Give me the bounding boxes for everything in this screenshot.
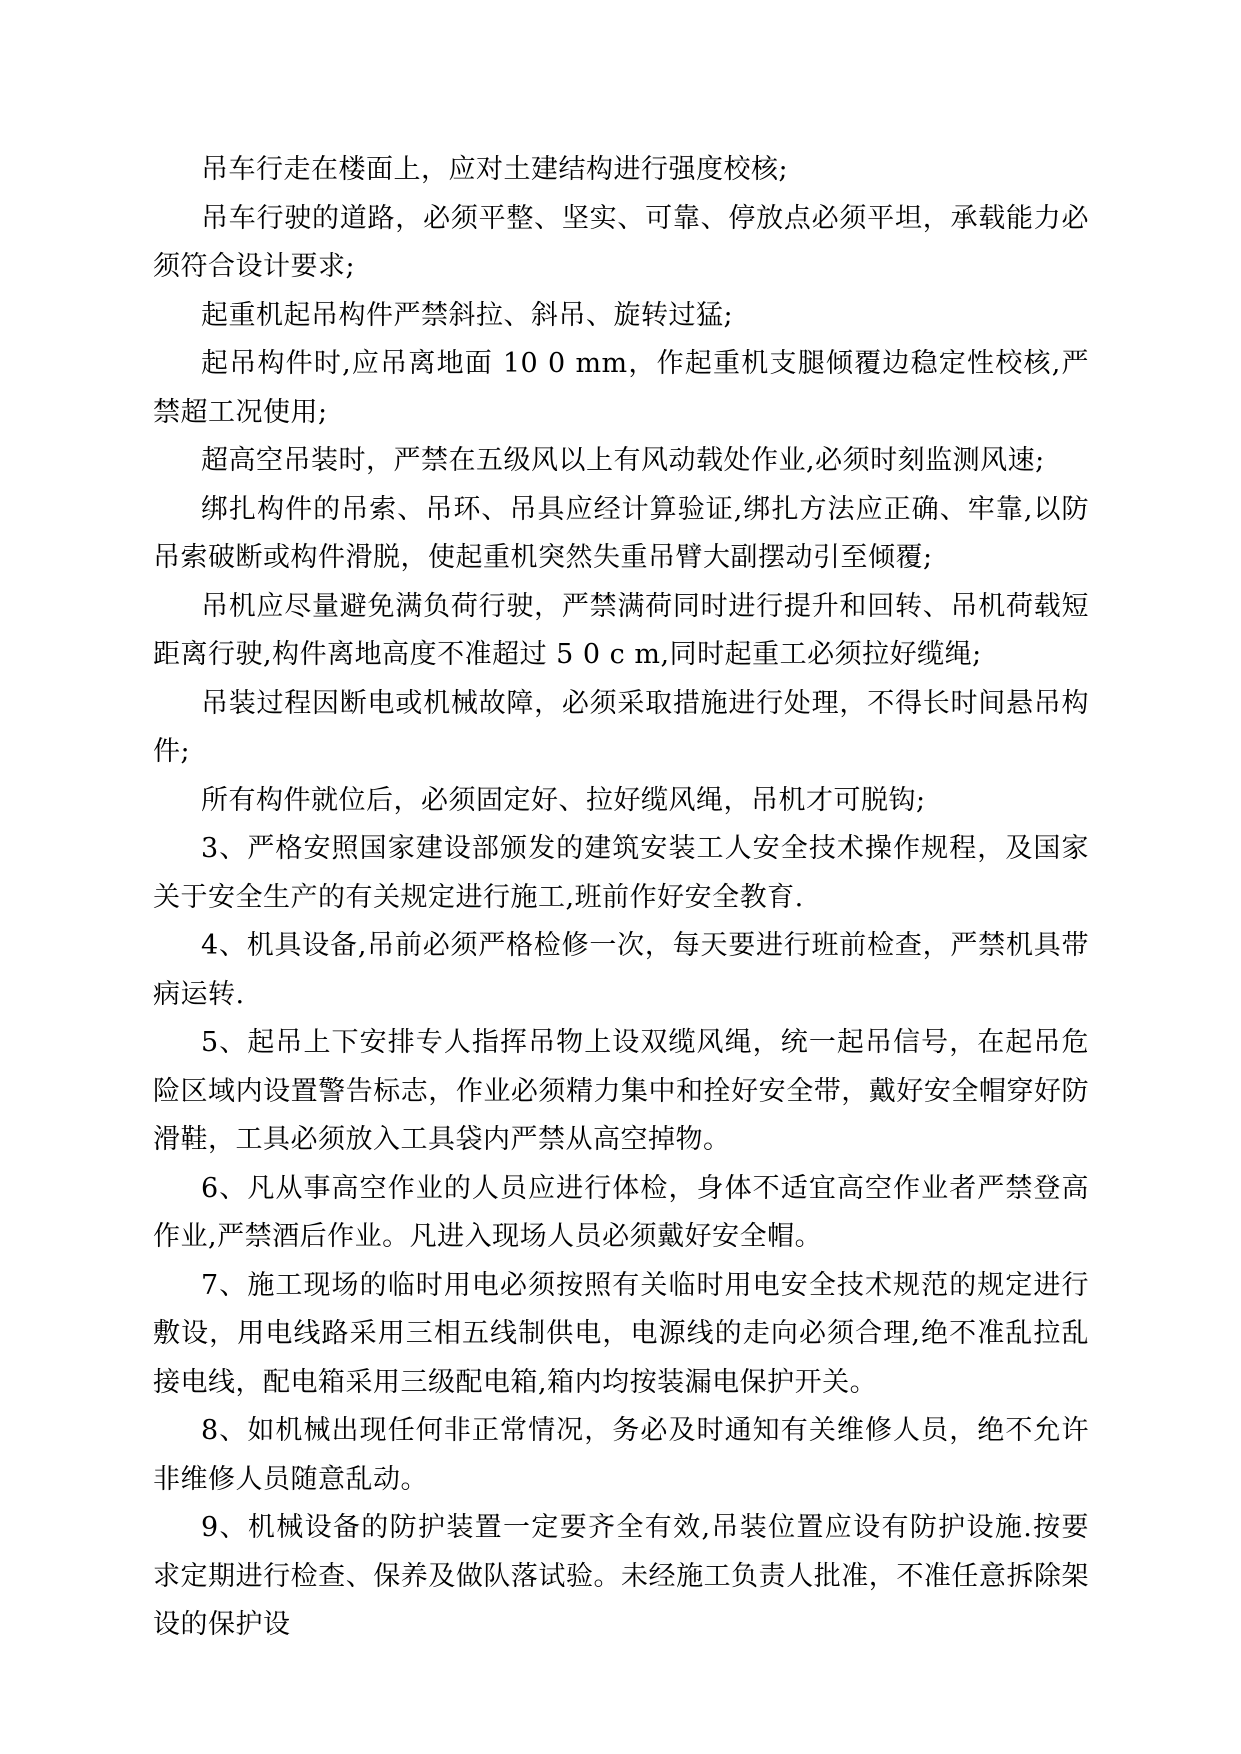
paragraph: 吊装过程因断电或机械故障，必须采取措施进行处理，不得长时间悬吊构件; — [153, 680, 1089, 777]
paragraph-numbered-6: 6、凡从事高空作业的人员应进行体检，身体不适宜高空作业者严禁登高作业,严禁酒后作… — [153, 1165, 1089, 1262]
document-page: 吊车行走在楼面上，应对土建结构进行强度校核; 吊车行驶的道路，必须平整、坚实、可… — [0, 0, 1241, 1754]
paragraph: 吊车行走在楼面上，应对土建结构进行强度校核; — [153, 146, 1089, 195]
paragraph: 起重机起吊构件严禁斜拉、斜吊、旋转过猛; — [153, 292, 1089, 341]
paragraph: 吊车行驶的道路，必须平整、坚实、可靠、停放点必须平坦，承载能力必须符合设计要求; — [153, 195, 1089, 292]
paragraph: 绑扎构件的吊索、吊环、吊具应经计算验证,绑扎方法应正确、牢靠,以防吊索破断或构件… — [153, 486, 1089, 583]
paragraph: 超高空吊装时，严禁在五级风以上有风动载处作业,必须时刻监测风速; — [153, 437, 1089, 486]
paragraph-numbered-9: 9、机械设备的防护装置一定要齐全有效,吊装位置应设有防护设施.按要求定期进行检查… — [153, 1504, 1089, 1650]
paragraph-numbered-8: 8、如机械出现任何非正常情况，务必及时通知有关维修人员，绝不允许非维修人员随意乱… — [153, 1407, 1089, 1504]
paragraph-numbered-3: 3、严格安照国家建设部颁发的建筑安装工人安全技术操作规程，及国家关于安全生产的有… — [153, 825, 1089, 922]
paragraph: 所有构件就位后，必须固定好、拉好缆风绳，吊机才可脱钩; — [153, 777, 1089, 826]
paragraph-numbered-7: 7、施工现场的临时用电必须按照有关临时用电安全技术规范的规定进行敷设，用电线路采… — [153, 1262, 1089, 1408]
document-body-text: 吊车行走在楼面上，应对土建结构进行强度校核; 吊车行驶的道路，必须平整、坚实、可… — [153, 146, 1089, 1650]
paragraph: 吊机应尽量避免满负荷行驶，严禁满荷同时进行提升和回转、吊机荷载短距离行驶,构件离… — [153, 583, 1089, 680]
paragraph: 起吊构件时,应吊离地面 10 0 mm，作起重机支腿倾覆边稳定性校核,严禁超工况… — [153, 340, 1089, 437]
paragraph-numbered-4: 4、机具设备,吊前必须严格检修一次，每天要进行班前检查，严禁机具带病运转. — [153, 922, 1089, 1019]
paragraph-numbered-5: 5、起吊上下安排专人指挥吊物上设双缆风绳，统一起吊信号，在起吊危险区域内设置警告… — [153, 1019, 1089, 1165]
